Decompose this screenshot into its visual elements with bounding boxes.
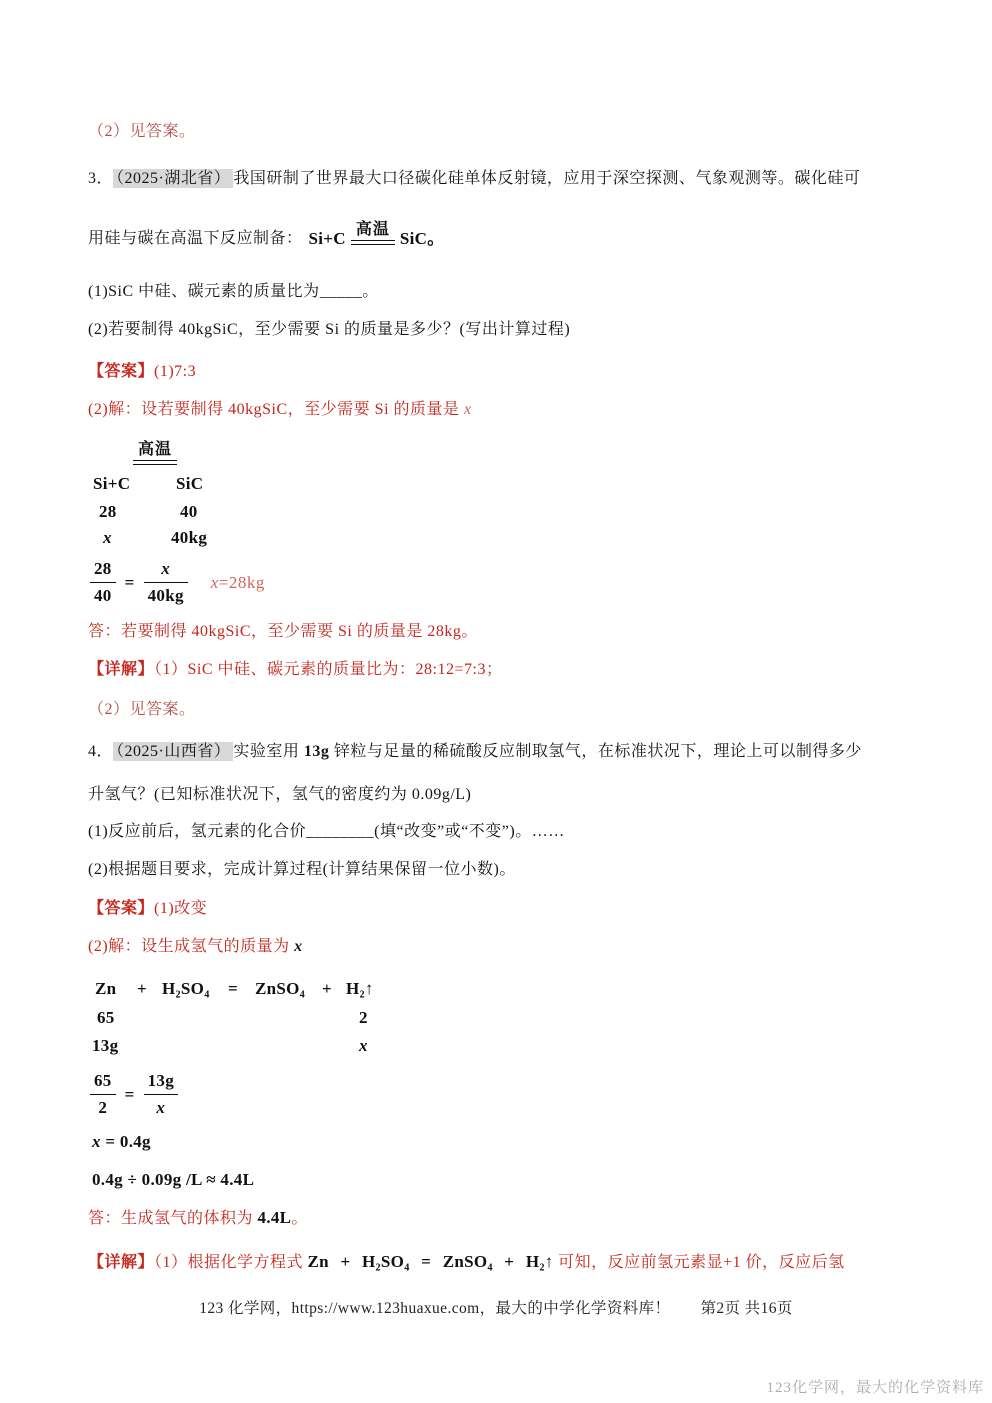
answer-blank: ________ <box>306 823 374 840</box>
fraction-denominator: 2 <box>90 1095 116 1119</box>
equals-sign: = <box>228 977 238 1001</box>
q4-chem-equation: Zn + H₂SO₄ = ZnSO₄ + H₂↑ <box>0 977 992 1003</box>
document-page: （2）见答案。 3．（2025·湖北省）我国研制了世界最大口径碳化硅单体反射镜，… <box>0 0 992 1403</box>
q3-inline-eq-condition: 高温 <box>351 220 395 245</box>
fraction-numerator: x <box>144 558 188 583</box>
q4-detail-post: 可知，反应前氢元素显+1 价，反应后氢 <box>554 1254 845 1271</box>
answer-label: 【答案】 <box>88 900 154 917</box>
q3-part1-text: (1)SiC 中硅、碳元素的质量比为 <box>88 283 320 300</box>
q4-number: 4． <box>88 743 113 760</box>
q4-stem-mass: 13g <box>304 743 330 760</box>
q3-work-reactants: Si+C <box>93 472 130 496</box>
q4-part1-text: (1)反应前后，氢元素的化合价 <box>88 823 306 840</box>
fraction: x 40kg <box>144 558 188 607</box>
q3-inline-eq-product: SiC。 <box>400 227 445 251</box>
q3-work-condition: 高温 <box>133 438 177 465</box>
q3-detail1-text: （1）SiC 中硅、碳元素的质量比为：28:12=7:3； <box>154 661 502 678</box>
q4-molar-row: 65 2 <box>0 1006 992 1032</box>
q4-answer1: (1)改变 <box>154 900 207 917</box>
answer-label: 【答案】 <box>88 363 154 380</box>
x-var: x <box>92 1132 101 1151</box>
condition-label: 高温 <box>356 220 390 239</box>
q3-solution-var: x <box>464 401 472 418</box>
plus-sign: + <box>322 977 332 1001</box>
q3-answer-line: 【答案】(1)7:3 <box>88 360 196 384</box>
fraction-numerator: 65 <box>90 1070 116 1095</box>
q4-part1: (1)反应前后，氢元素的化合价________(填“改变”或“不变”)。…… <box>88 820 565 844</box>
q4-stem-line2: 升氢气？(已知标准状况下，氢气的密度约为 0.09g/L) <box>88 783 471 807</box>
condition-label: 高温 <box>138 440 172 459</box>
prev-answer-note: （2）见答案。 <box>88 120 196 144</box>
detail-label: 【详解】 <box>88 661 154 678</box>
q4-part2: (2)根据题目要求，完成计算过程(计算结果保留一位小数)。 <box>88 858 516 882</box>
q4-solution-var: x <box>294 938 303 955</box>
footer-page-number: 第2页 共16页 <box>700 1296 792 1318</box>
q4-stem-line1: 4．（2025·山西省）实验室用 13g 锌粒与足量的稀硫酸反应制取氢气，在标准… <box>88 740 862 764</box>
fraction: 13g x <box>144 1070 178 1119</box>
q4-source-tag: （2025·山西省） <box>113 742 233 761</box>
q3-number: 3． <box>88 170 113 187</box>
q3-inline-eq-reactants: Si+C <box>309 227 346 251</box>
q4-molar-reactant: 65 <box>97 1006 115 1030</box>
q4-detail-line: 【详解】（1）根据化学方程式 Zn + H₂SO₄ = ZnSO₄ + H₂↑ … <box>88 1250 845 1275</box>
q4-answer-value: 4.4L <box>258 1208 292 1227</box>
q4-molar-product: 2 <box>359 1006 368 1030</box>
q3-source-tag: （2025·湖北省） <box>113 169 233 188</box>
q3-part2: (2)若要制得 40kgSiC，至少需要 Si 的质量是多少？(写出计算过程) <box>88 318 570 342</box>
q4-detail-equation: Zn + H₂SO₄ = ZnSO₄ + H₂↑ <box>308 1252 554 1271</box>
q4-given-var: x <box>359 1034 368 1058</box>
q4-detail-pre: （1）根据化学方程式 <box>154 1254 308 1271</box>
q3-work-molar-reactant: 28 <box>99 500 117 524</box>
fraction-denominator: 40kg <box>144 583 188 607</box>
x-var: x <box>211 573 219 592</box>
page-footer: 123 化学网，https://www.123huaxue.com，最大的中学化… <box>0 1296 992 1318</box>
fraction: 28 40 <box>90 558 116 607</box>
q3-x-result: x=28kg <box>211 571 265 595</box>
fraction-denominator: x <box>144 1095 178 1119</box>
fraction-numerator: 28 <box>90 558 116 583</box>
q3-work-molar-product: 40 <box>180 500 198 524</box>
q4-given-mass: 13g <box>92 1034 118 1058</box>
x-value: = 0.4g <box>105 1132 151 1151</box>
x-value: =28kg <box>219 573 265 592</box>
q4-answer-end: 。 <box>291 1210 308 1227</box>
footer-site-text: 123 化学网，https://www.123huaxue.com，最大的中学化… <box>199 1296 670 1318</box>
watermark-text: 123化学网，最大的化学资料库 <box>766 1376 984 1397</box>
q3-detail-line1: 【详解】（1）SiC 中硅、碳元素的质量比为：28:12=7:3； <box>88 658 502 682</box>
q3-work-given-mass: 40kg <box>171 526 207 550</box>
fraction-denominator: 40 <box>90 583 116 607</box>
detail-label: 【详解】 <box>88 1254 154 1271</box>
q3-answer1: (1)7:3 <box>154 363 196 380</box>
answer-blank: _____ <box>320 283 363 300</box>
plus-sign: + <box>137 977 147 1001</box>
fraction: 65 2 <box>90 1070 116 1119</box>
q3-part1: (1)SiC 中硅、碳元素的质量比为_____。 <box>88 280 379 304</box>
q3-solution-text: (2)解：设若要制得 40kgSiC，至少需要 Si 的质量是 <box>88 401 464 418</box>
q4-stem-post: 锌粒与足量的稀硫酸反应制取氢气，在标准状况下，理论上可以制得多少 <box>329 743 862 760</box>
equals-sign: = <box>125 1083 135 1107</box>
q4-stem-pre: 实验室用 <box>233 743 304 760</box>
equals-double-line <box>351 240 395 245</box>
q4-answer-pre: 答：生成氢气的体积为 <box>88 1210 258 1227</box>
q4-part1-post: (填“改变”或“不变”)。…… <box>374 823 565 840</box>
q4-x-result: x = 0.4g <box>92 1130 151 1154</box>
q3-part1-end: 。 <box>362 283 379 300</box>
eq-term-h2-gas: H₂↑ <box>346 977 374 1001</box>
eq-term-h2so4: H₂SO₄ <box>162 977 210 1001</box>
q4-answer-line: 【答案】(1)改变 <box>88 897 207 921</box>
q4-solution-intro: (2)解：设生成氢气的质量为 x <box>88 935 303 959</box>
q4-volume-calculation: 0.4g ÷ 0.09g /L ≈ 4.4L <box>92 1168 254 1192</box>
q3-proportion: 28 40 = x 40kg x=28kg <box>90 558 265 607</box>
q4-proportion: 65 2 = 13g x <box>90 1070 178 1119</box>
q3-work-given-var: x <box>103 526 112 550</box>
fraction-numerator: 13g <box>144 1070 178 1095</box>
q3-stem-line1: 3．（2025·湖北省）我国研制了世界最大口径碳化硅单体反射镜，应用于深空探测、… <box>88 167 860 191</box>
q4-solution-text: (2)解：设生成氢气的质量为 <box>88 938 294 955</box>
q3-stem2-text: 用硅与碳在高温下反应制备： <box>88 227 303 251</box>
q3-stem-text: 我国研制了世界最大口径碳化硅单体反射镜，应用于深空探测、气象观测等。碳化硅可 <box>233 170 860 187</box>
eq-term-zn: Zn <box>95 977 116 1001</box>
q4-answer-sentence: 答：生成氢气的体积为 4.4L。 <box>88 1206 308 1231</box>
eq-term-znso4: ZnSO₄ <box>255 977 305 1001</box>
q3-solution-intro: (2)解：设若要制得 40kgSiC，至少需要 Si 的质量是 x <box>88 398 472 422</box>
q3-stem-line2: 用硅与碳在高温下反应制备： Si+C 高温 SiC。 <box>88 220 445 251</box>
q4-given-row: 13g x <box>0 1034 992 1060</box>
equals-double-line <box>133 460 177 465</box>
equals-sign: = <box>125 571 135 595</box>
q3-detail-line2: （2）见答案。 <box>88 698 196 722</box>
q3-answer-sentence: 答：若要制得 40kgSiC，至少需要 Si 的质量是 28kg。 <box>88 620 478 644</box>
q3-work-product: SiC <box>176 472 203 496</box>
condition-stack: 高温 <box>133 440 177 465</box>
